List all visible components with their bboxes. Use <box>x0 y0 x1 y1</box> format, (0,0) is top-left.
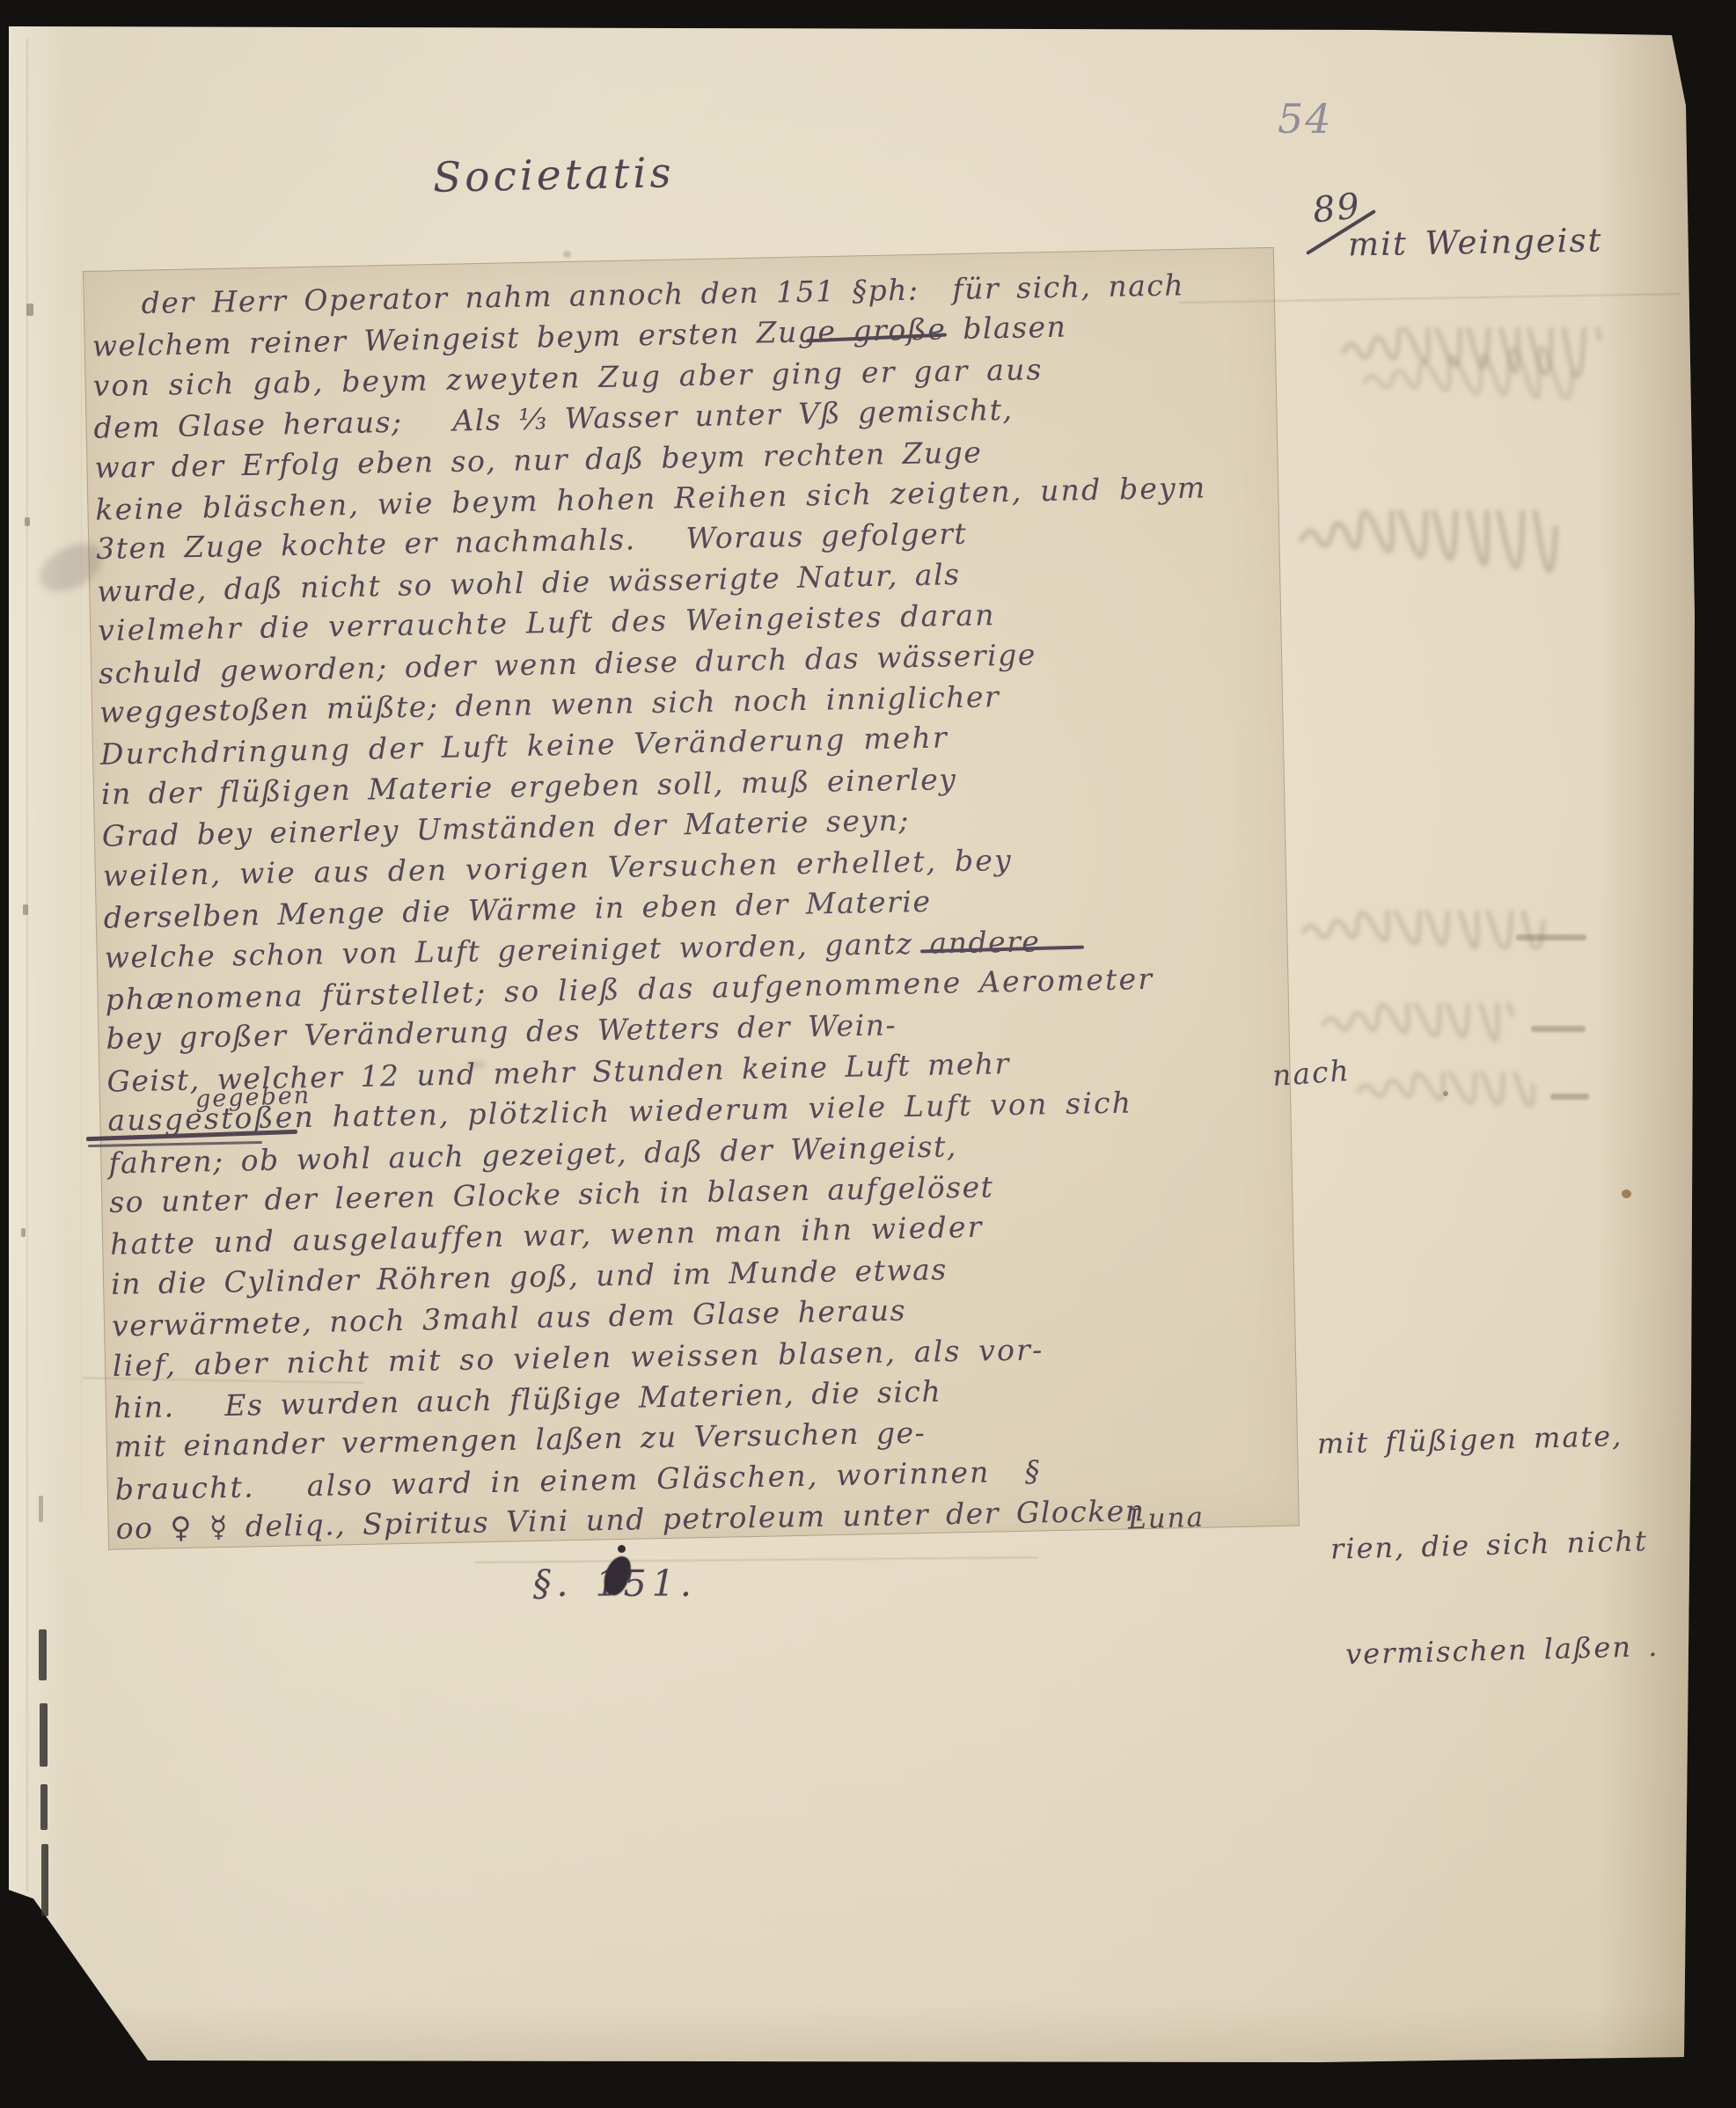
binding-stitch <box>39 1496 43 1522</box>
manuscript-lines: der Herr Operator nahm annoch den 151 §p… <box>91 262 1295 1551</box>
margin-note-top-right: mit Weingeist <box>1348 221 1603 263</box>
page-edge-mark <box>26 304 33 316</box>
manuscript-text-block: der Herr Operator nahm annoch den 151 §p… <box>83 247 1300 1550</box>
paper-speck <box>1622 1189 1631 1198</box>
catchword: Luna <box>1127 1501 1205 1535</box>
binding-stitch <box>40 1703 48 1767</box>
paper-speck <box>563 251 571 258</box>
gutter-fold-line <box>26 39 28 1892</box>
page-edge-mark <box>23 904 28 915</box>
bleed-through-ghost-text <box>1353 1072 1556 1107</box>
margin-note-line: mit flüßigen mate, <box>1316 1417 1653 1461</box>
interlinear-correction: gegeben <box>194 1082 311 1114</box>
gutter-fold-line-faint <box>81 264 82 1513</box>
page-edge-mark <box>21 1228 26 1237</box>
margin-note-line: rien, die sich nicht <box>1320 1523 1657 1567</box>
bleed-through-dash <box>1516 934 1586 941</box>
binding-stitch <box>41 1844 48 1916</box>
page-title: Societatis <box>432 149 675 202</box>
pencil-folio-number: 54 <box>1278 95 1333 143</box>
margin-note-bottom-right: mit flüßigen mate, rien, die sich nicht … <box>1315 1347 1661 1743</box>
bleed-through-dash <box>1531 1026 1586 1032</box>
binding-stitch <box>39 1629 47 1680</box>
margin-note-line: vermischen laßen . <box>1322 1629 1659 1672</box>
manuscript-scan-page: Societatis 89 54 mit Weingeist der Herr … <box>0 0 1736 2108</box>
bleed-through-ghost-text <box>1318 1003 1534 1042</box>
binding-stitch <box>40 1784 48 1830</box>
bleed-through-ghost-text <box>1298 911 1597 949</box>
page-edge-mark <box>25 517 30 526</box>
bleed-through-ghost-text <box>1337 327 1641 399</box>
bleed-through-ghost-text <box>1295 510 1586 574</box>
margin-overflow-word: nach <box>1271 1053 1351 1093</box>
ink-dot <box>618 1545 626 1553</box>
bleed-through-dash <box>1550 1094 1589 1100</box>
